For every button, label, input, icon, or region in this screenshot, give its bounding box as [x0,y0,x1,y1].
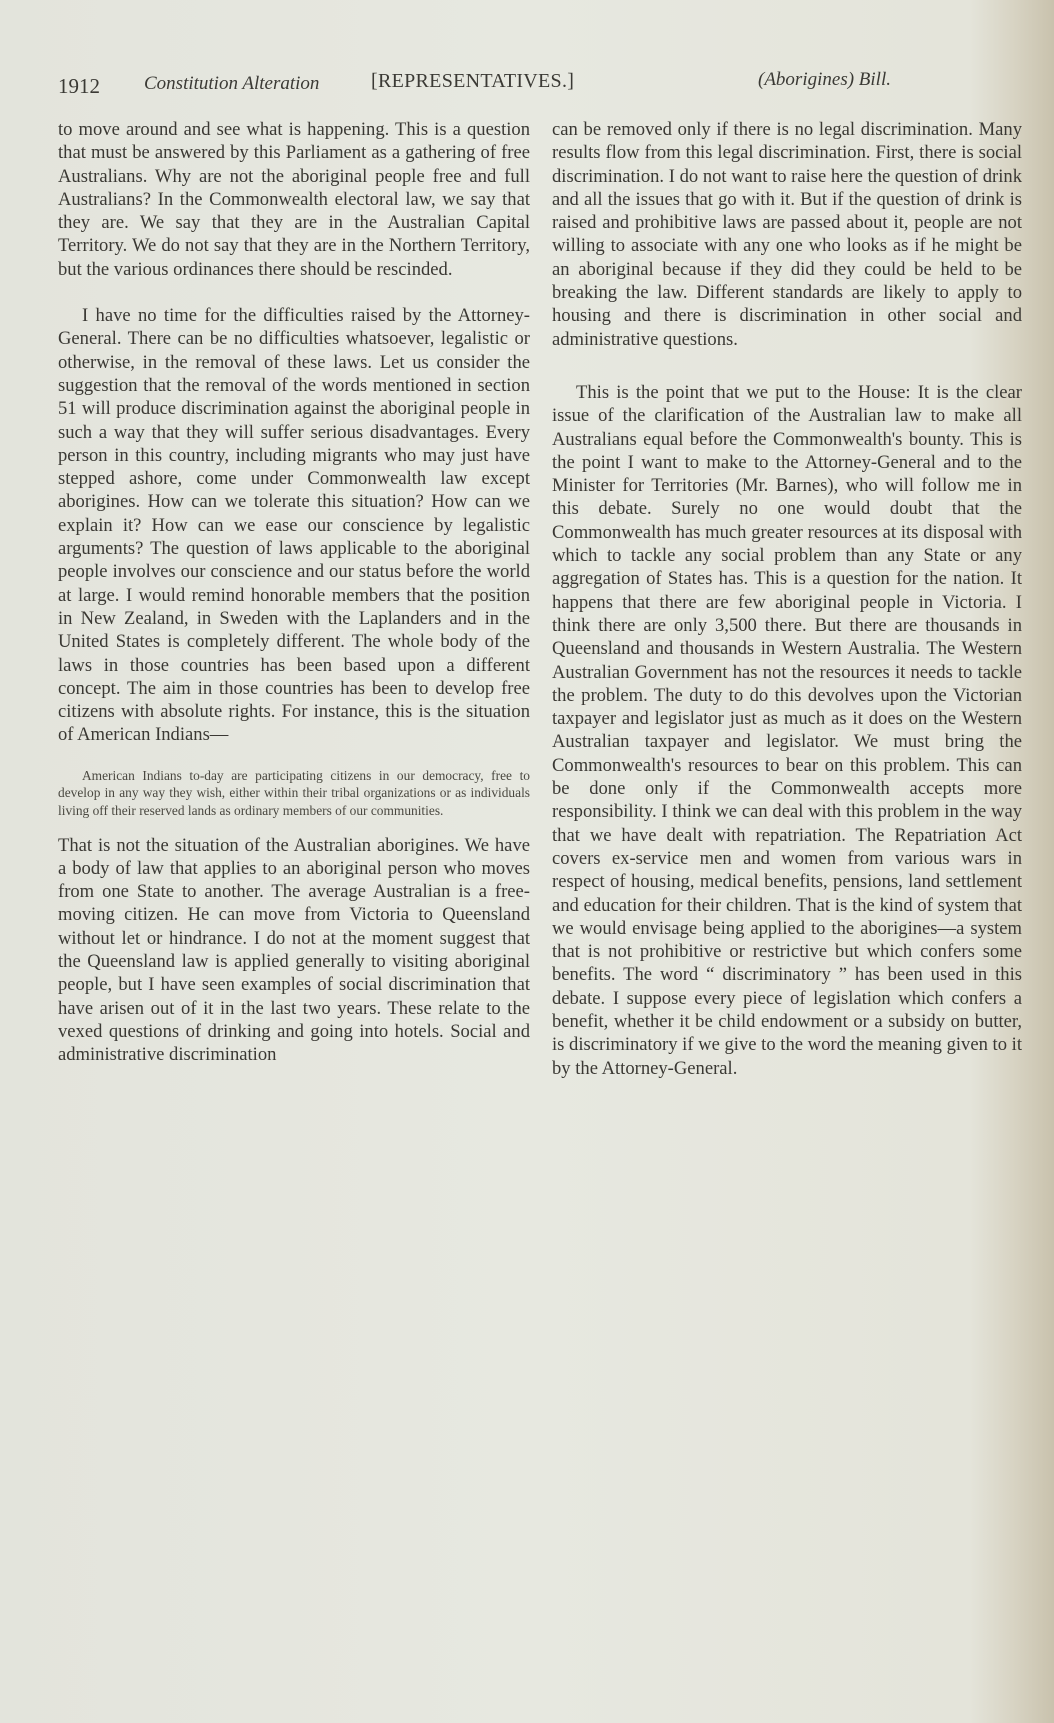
running-head: 1912 Constitution Alteration [REPRESENTA… [58,66,958,96]
page-number: 1912 [58,74,100,99]
paragraph: This is the point that we put to the Hou… [552,381,1022,1080]
block-quote: American Indians to-day are participatin… [58,767,530,820]
running-head-title: Constitution Alteration [144,73,319,95]
paragraph: can be removed only if there is no legal… [552,118,1022,351]
right-column: can be removed only if there is no legal… [552,118,1022,1080]
paragraph: I have no time for the difficulties rais… [58,304,530,747]
left-column: to move around and see what is happening… [58,118,530,1066]
quote-text: American Indians to-day are participatin… [58,767,530,820]
document-page: 1912 Constitution Alteration [REPRESENTA… [0,0,1054,1723]
running-head-house: [REPRESENTATIVES.] [371,70,574,93]
paragraph: That is not the situation of the Austral… [58,834,530,1067]
paragraph: to move around and see what is happening… [58,118,530,281]
running-head-bill: (Aborigines) Bill. [758,69,891,91]
